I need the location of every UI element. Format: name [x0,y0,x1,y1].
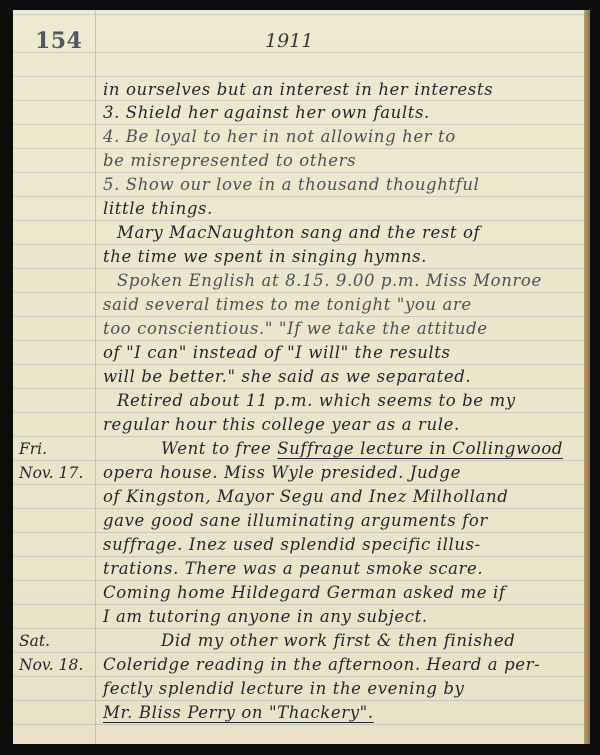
entry-line: said several times to me tonight "you ar… [103,294,576,316]
entry-day-fri: Fri. [19,438,97,460]
entry-day-sat: Sat. [19,630,97,652]
page-binding-edge [584,10,590,744]
entry-line: 5. Show our love in a thousand thoughtfu… [103,174,576,196]
entry-date-nov17: Nov. 17. [19,462,97,484]
entry-line: Went to free Suffrage lecture in Colling… [103,438,576,460]
entry-line: regular hour this college year as a rule… [103,414,576,436]
entry-line: of Kingston, Mayor Segu and Inez Milholl… [103,486,576,508]
entry-line: too conscientious." "If we take the atti… [103,318,576,340]
entry-line: gave good sane illuminating arguments fo… [103,510,576,532]
entry-line: Retired about 11 p.m. which seems to be … [103,390,576,412]
entry-line: little things. [103,198,576,220]
entry-date-nov18: Nov. 18. [19,654,97,676]
entry-line: 3. Shield her against her own faults. [103,102,576,124]
entry-line: in ourselves but an interest in her inte… [103,79,576,101]
entry-line: Spoken English at 8.15. 9.00 p.m. Miss M… [103,270,576,292]
entry-line: Did my other work first & then finished [103,630,576,652]
entry-line: 4. Be loyal to her in not allowing her t… [103,126,576,148]
underlined-text: Suffrage lecture in Collingwood [277,439,563,458]
entry-line: the time we spent in singing hymns. [103,246,576,268]
entry-line: trations. There was a peanut smoke scare… [103,558,576,580]
entry-line: opera house. Miss Wyle presided. Judge [103,462,576,484]
entry-line: of "I can" instead of "I will" the resul… [103,342,576,364]
entry-line: fectly splendid lecture in the evening b… [103,678,576,700]
entry-line: Coming home Hildegard German asked me if [103,582,576,604]
entry-line: Coleridge reading in the afternoon. Hear… [103,654,576,676]
entry-line: I am tutoring anyone in any subject. [103,606,576,628]
entry-line: Mary MacNaughton sang and the rest of [103,222,576,244]
entry-line: be misrepresented to others [103,150,576,172]
diary-page: 154 1911 in ourselves but an interest in… [13,10,590,744]
page-year: 1911 [265,30,313,52]
entry-line: suffrage. Inez used splendid specific il… [103,534,576,556]
entry-text: Went to free [161,439,277,458]
entry-line: will be better." she said as we separate… [103,366,576,388]
entry-line: Mr. Bliss Perry on "Thackery". [103,702,576,724]
page-number: 154 [35,28,82,54]
